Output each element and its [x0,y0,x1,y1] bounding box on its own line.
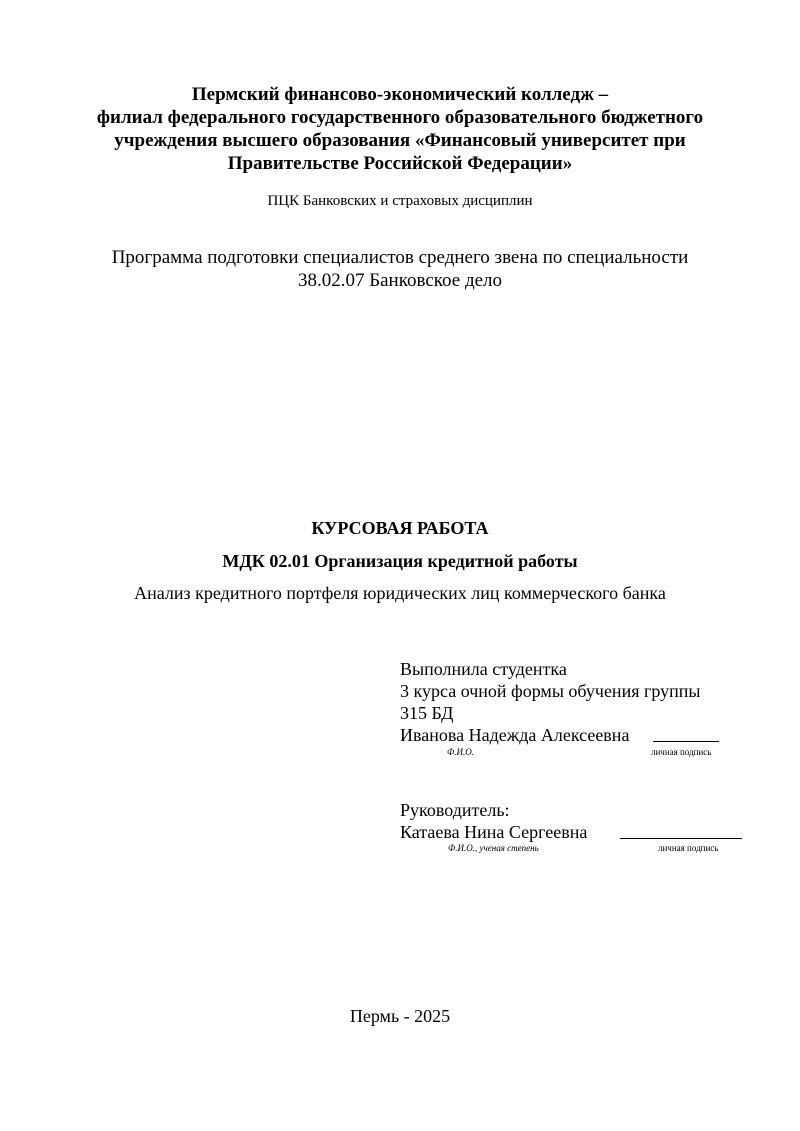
program: Программа подготовки специалистов средне… [0,246,800,292]
student-signature-caption: личная подпись [651,747,711,757]
student-label: Выполнила студентка [400,659,567,680]
supervisor-name-caption: Ф.И.О., ученая степень [448,843,539,853]
student-course: 3 курса очной формы обучения группы [400,681,700,702]
institution-line-4: Правительстве Российской Федерации» [0,152,800,175]
student-group: 315 БД [400,703,453,724]
institution-line-2: филиал федерального государственного обр… [0,106,800,129]
student-name-caption: Ф.И.О. [447,747,474,757]
city-year: Пермь - 2025 [0,1005,800,1027]
program-line-2: 38.02.07 Банковское дело [0,269,800,292]
student-signature-line [653,741,719,742]
supervisor-name: Катаева Нина Сергеевна [400,822,587,843]
institution-line-3: учреждения высшего образования «Финансов… [0,129,800,152]
institution-title: Пермский финансово-экономический колледж… [0,83,800,175]
supervisor-signature-caption: личная подпись [658,843,718,853]
work-theme: Анализ кредитного портфеля юридических л… [0,582,800,604]
student-name: Иванова Надежда Алексеевна [400,725,629,746]
institution-line-1: Пермский финансово-экономический колледж… [0,83,800,106]
program-line-1: Программа подготовки специалистов средне… [0,246,800,269]
work-module: МДК 02.01 Организация кредитной работы [0,550,800,572]
work-type: КУРСОВАЯ РАБОТА [0,517,800,539]
supervisor-label: Руководитель: [400,800,510,821]
supervisor-signature-line [620,838,742,839]
department: ПЦК Банковских и страховых дисциплин [0,192,800,210]
